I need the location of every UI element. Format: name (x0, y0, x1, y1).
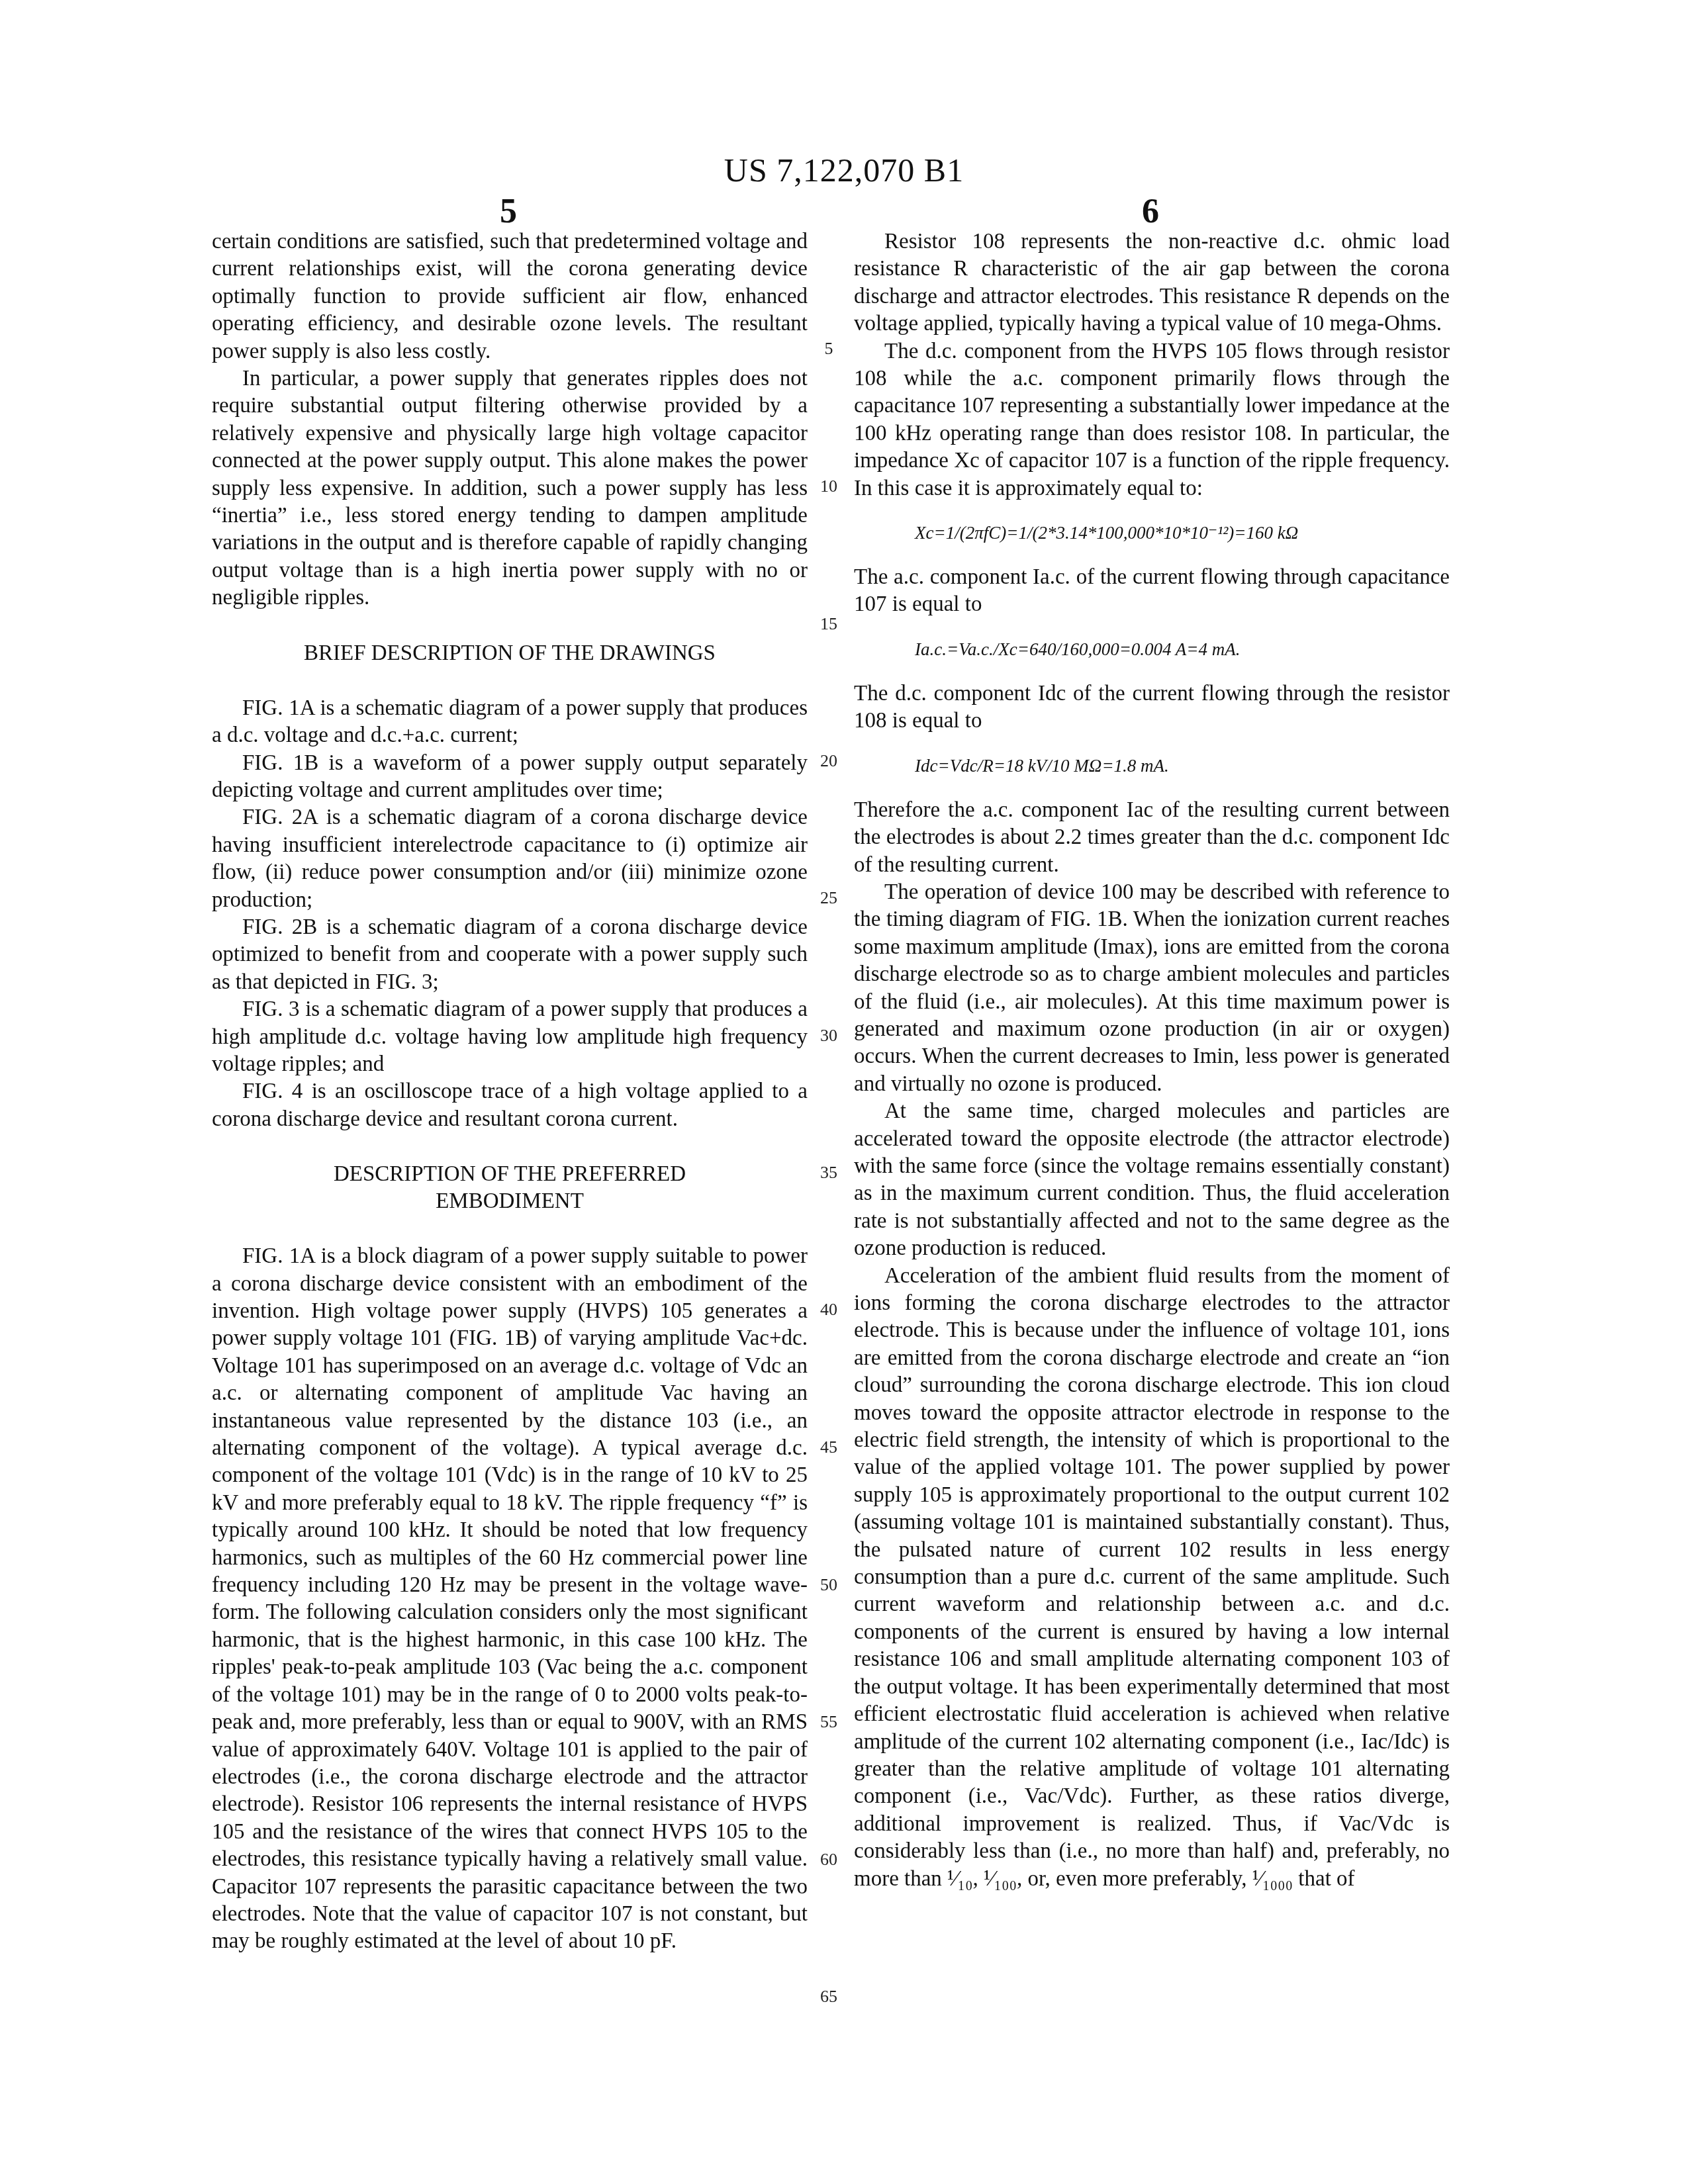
section-heading-embodiment-line1: DESCRIPTION OF THE PREFERRED (212, 1161, 808, 1188)
paragraph: In particular, a power supply that gener… (212, 365, 808, 612)
paragraph: At the same time, charged molecules and … (854, 1098, 1450, 1262)
line-number: 65 (809, 1987, 849, 2007)
equation-dc-current: Idc=Vdc/R=18 kV/10 MΩ=1.8 mA. (854, 752, 1450, 780)
figure-description-2a: FIG. 2A is a schematic diagram of a coro… (212, 804, 808, 914)
paragraph: The operation of device 100 may be descr… (854, 879, 1450, 1098)
figure-description-1b: FIG. 1B is a waveform of a power supply … (212, 750, 808, 805)
paragraph: certain conditions are satisfied, such t… (212, 228, 808, 365)
page-number-right: 6 (1117, 192, 1184, 231)
line-number: 30 (809, 1026, 849, 1046)
paragraph: The a.c. component Ia.c. of the current … (854, 564, 1450, 619)
paragraph: The d.c. component Idc of the current fl… (854, 680, 1450, 735)
line-number: 50 (809, 1575, 849, 1595)
equation-capacitive-reactance: Xc=1/(2πfC)=1/(2*3.14*100,000*10*10⁻¹²)=… (854, 520, 1450, 547)
line-number: 55 (809, 1712, 849, 1732)
line-number: 40 (809, 1300, 849, 1320)
line-number: 20 (809, 751, 849, 771)
equation-ac-current: Ia.c.=Va.c./Xc=640/160,000=0.004 A=4 mA. (854, 636, 1450, 663)
figure-description-1a: FIG. 1A is a schematic diagram of a powe… (212, 695, 808, 750)
line-number: 45 (809, 1437, 849, 1457)
figure-description-2b: FIG. 2B is a schematic diagram of a coro… (212, 914, 808, 996)
paragraph: Acceleration of the ambient fluid result… (854, 1263, 1450, 1893)
figure-description-4: FIG. 4 is an oscilloscope trace of a hig… (212, 1078, 808, 1133)
line-number: 5 (809, 339, 849, 359)
figure-description-3: FIG. 3 is a schematic diagram of a power… (212, 996, 808, 1078)
paragraph: FIG. 1A is a block diagram of a power su… (212, 1243, 808, 1956)
section-heading-embodiment-line2: EMBODIMENT (212, 1188, 808, 1215)
line-number: 10 (809, 477, 849, 496)
line-number: 25 (809, 888, 849, 908)
paragraph: Resistor 108 represents the non-reactive… (854, 228, 1450, 338)
page-number-left: 5 (475, 192, 541, 231)
left-column: certain conditions are satisfied, such t… (212, 228, 808, 1956)
paragraph: The d.c. component from the HVPS 105 flo… (854, 338, 1450, 502)
right-column: Resistor 108 represents the non-reactive… (854, 228, 1450, 1893)
line-number: 60 (809, 1850, 849, 1870)
line-number: 15 (809, 614, 849, 634)
paragraph: Therefore the a.c. component Iac of the … (854, 797, 1450, 879)
patent-number: US 7,122,070 B1 (0, 151, 1688, 189)
line-number: 35 (809, 1163, 849, 1183)
section-heading-drawings: BRIEF DESCRIPTION OF THE DRAWINGS (212, 640, 808, 667)
